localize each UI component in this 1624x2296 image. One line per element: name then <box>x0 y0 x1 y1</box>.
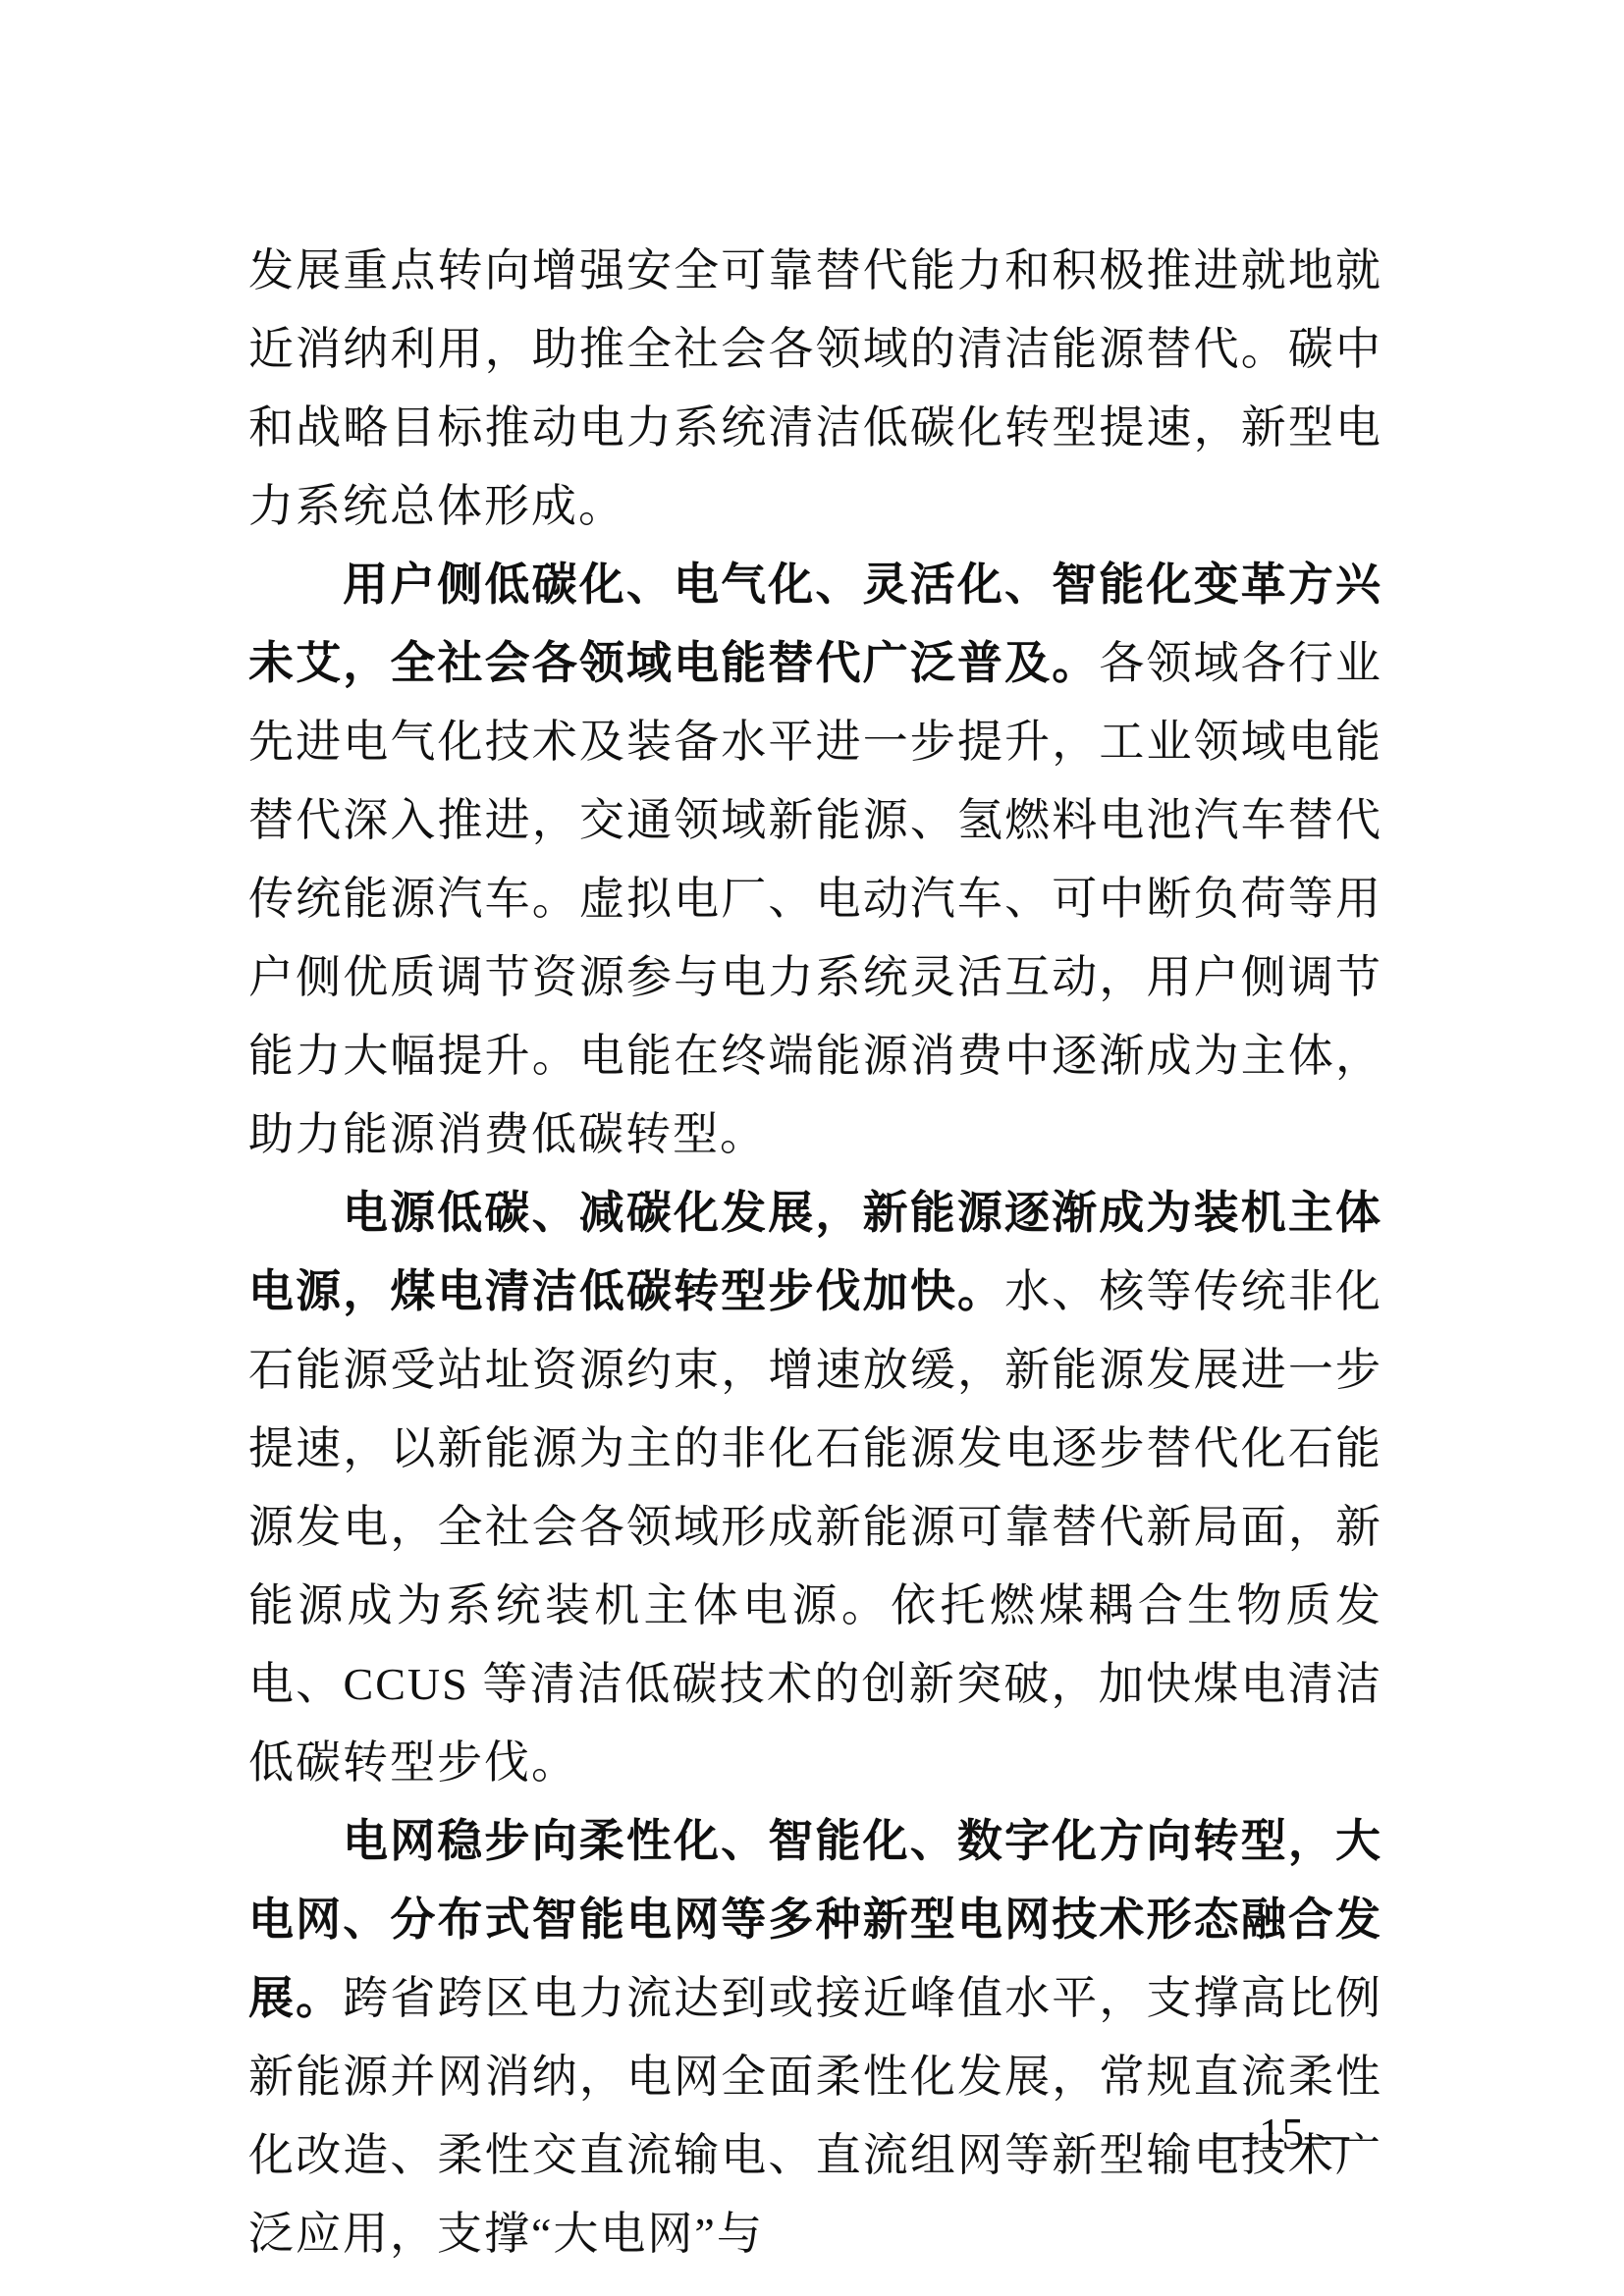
paragraph-text: 水、核等传统非化石能源受站址资源约束，增速放缓，新能源发展进一步提速，以新能源为… <box>248 1266 1382 1788</box>
paragraph: 用户侧低碳化、电气化、灵活化、智能化变革方兴未艾，全社会各领域电能替代广泛普及。… <box>248 546 1382 1174</box>
paragraph: 电网稳步向柔性化、智能化、数字化方向转型，大电网、分布式智能电网等多种新型电网技… <box>248 1802 1382 2273</box>
document-page: 发展重点转向增强安全可靠替代能力和积极推进就地就近消纳利用，助推全社会各领域的清… <box>0 0 1624 2296</box>
paragraph-text: 各领域各行业先进电气化技术及装备水平进一步提升，工业领域电能替代深入推进，交通领… <box>248 638 1382 1159</box>
paragraph: 电源低碳、减碳化发展，新能源逐渐成为装机主体电源，煤电清洁低碳转型步伐加快。水、… <box>248 1174 1382 1802</box>
paragraph-text: 发展重点转向增强安全可靠替代能力和积极推进就地就近消纳利用，助推全社会各领域的清… <box>248 245 1382 531</box>
document-body: 发展重点转向增强安全可靠替代能力和积极推进就地就近消纳利用，助推全社会各领域的清… <box>248 232 1382 2273</box>
page-number: —15— <box>1214 2109 1350 2160</box>
paragraph-text: 跨省跨区电力流达到或接近峰值水平，支撑高比例新能源并网消纳，电网全面柔性化发展，… <box>248 1973 1382 2259</box>
paragraph: 发展重点转向增强安全可靠替代能力和积极推进就地就近消纳利用，助推全社会各领域的清… <box>248 232 1382 546</box>
